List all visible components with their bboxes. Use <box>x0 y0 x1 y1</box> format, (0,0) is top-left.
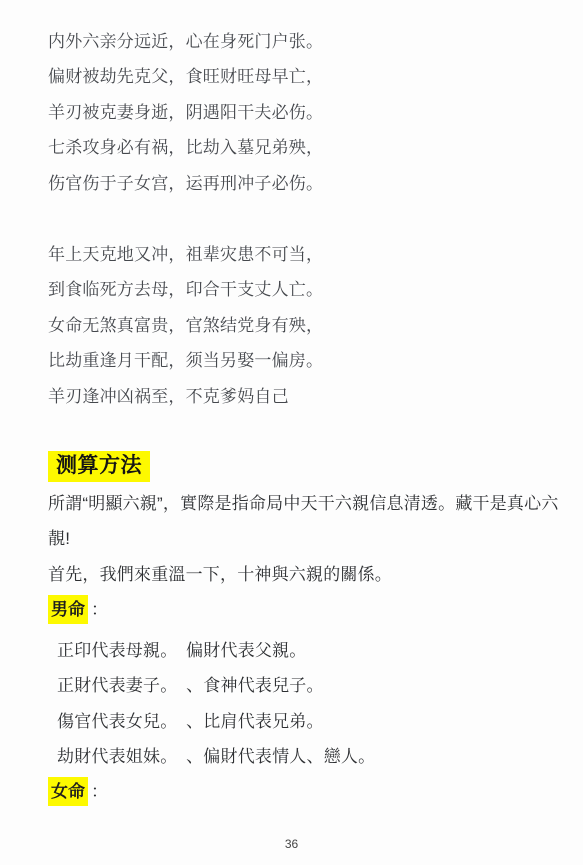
recap-line: 首先，我們來重溫一下，十神與六親的關係。 <box>48 557 547 592</box>
label-colon: ： <box>91 600 108 619</box>
label-colon: ： <box>91 782 108 801</box>
verse-line: 内外六亲分远近，心在身死门户张。 <box>48 24 547 59</box>
document-page: 内外六亲分远近，心在身死门户张。 偏财被劫先克父，食旺财旺母早亡， 羊刃被克妻身… <box>0 0 583 865</box>
intro-paragraph-line: 所謂“明顯六親”，實際是指命局中天干六親信息清透。藏干是真心六 <box>48 486 547 521</box>
page-content: 内外六亲分远近，心在身死门户张。 偏财被劫先克父，食旺财旺母早亡， 羊刃被克妻身… <box>0 0 583 810</box>
male-section-label: 男命： <box>48 592 547 627</box>
list-item: 正財代表妻子。 、食神代表兒子。 <box>57 668 547 703</box>
verse-line: 女命无煞真富贵，官煞结党身有殃， <box>48 308 547 343</box>
list-item: 正印代表母親。 偏財代表父親。 <box>57 633 547 668</box>
verse-line: 年上天克地又冲，祖辈灾患不可当， <box>48 237 547 272</box>
verse-line: 偏财被劫先克父，食旺财旺母早亡， <box>48 59 547 94</box>
verse-line: 七杀攻身必有祸，比劫入墓兄弟殃， <box>48 130 547 165</box>
verse-stanza-2: 年上天克地又冲，祖辈灾患不可当， 到食临死方去母，印合干支丈人亡。 女命无煞真富… <box>48 237 547 414</box>
female-label-highlight: 女命 <box>48 777 88 806</box>
verse-line: 羊刃逢冲凶祸至，不克爹妈自己 <box>48 379 547 414</box>
page-number: 36 <box>0 837 583 851</box>
female-section-label: 女命： <box>48 774 547 809</box>
list-item: 傷官代表女兒。 、比肩代表兄弟。 <box>57 704 547 739</box>
verse-line: 伤官伤于子女宫，运再刑冲子必伤。 <box>48 166 547 201</box>
verse-line: 比劫重逢月干配，须当另娶一偏房。 <box>48 343 547 378</box>
male-items-list: 正印代表母親。 偏財代表父親。 正財代表妻子。 、食神代表兒子。 傷官代表女兒。… <box>48 633 547 775</box>
verse-line: 到食临死方去母，印合干支丈人亡。 <box>48 272 547 307</box>
heading-highlight: 测算方法 <box>48 451 150 482</box>
male-label-highlight: 男命 <box>48 595 88 624</box>
verse-line: 羊刃被克妻身逝，阴遇阳干夫必伤。 <box>48 95 547 130</box>
verse-stanza-1: 内外六亲分远近，心在身死门户张。 偏财被劫先克父，食旺财旺母早亡， 羊刃被克妻身… <box>48 24 547 201</box>
list-item: 劫財代表姐妹。 、偏財代表情人、戀人。 <box>57 739 547 774</box>
intro-paragraph-line: 靚! <box>48 521 547 556</box>
section-heading: 测算方法 <box>48 451 547 482</box>
